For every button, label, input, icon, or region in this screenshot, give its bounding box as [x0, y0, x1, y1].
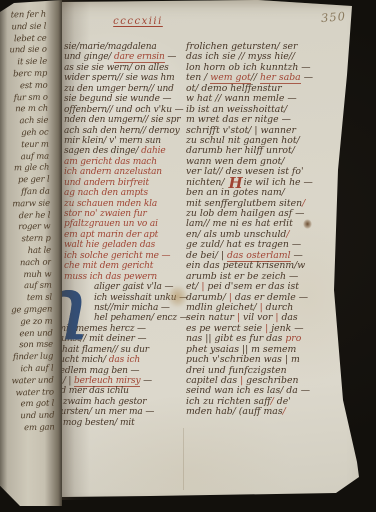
text-segment: est mo: [20, 80, 48, 92]
margin-text-fragment: m gle ch: [0, 163, 49, 175]
text-segment: aliger gaist v'la —: [94, 282, 173, 292]
text-segment: zu schul nit gangen hot/: [186, 135, 300, 146]
text-segment: ot/ demo helffenstur: [186, 83, 282, 94]
text-segment: dahie: [141, 146, 165, 156]
margin-text-fragment: ge gmgen: [3, 305, 52, 317]
text-segment: pe ger l: [18, 175, 50, 187]
text-segment: ne m ch: [15, 104, 48, 116]
margin-text-fragment: muh w: [2, 269, 51, 281]
chapter-heading: ccccxiii: [88, 16, 188, 27]
text-segment: jenk —: [268, 323, 303, 334]
text-segment: nichten/: [186, 177, 227, 188]
margin-text-fragment: son mse: [4, 340, 53, 352]
text-segment: sein natur: [186, 312, 237, 323]
margin-text-fragment: finder lug: [4, 352, 53, 364]
parchment-stain: [167, 285, 188, 308]
text-segment: ben an in gotes nam/: [186, 187, 285, 198]
previous-page-text-fragments: ten fer hund sie llebet ceund sie oit si…: [0, 0, 67, 507]
text-segment: berc mp: [13, 69, 47, 81]
text-segment: ich zu richten saff: [186, 396, 271, 407]
margin-text-fragment: hat le: [2, 246, 51, 258]
text-segment: water tro: [15, 387, 54, 399]
margin-text-fragment: der he l: [1, 210, 50, 222]
text-segment: frolichen getursten/ ser: [186, 41, 298, 52]
text-segment: en/ als umb unschuld: [186, 229, 286, 240]
text-segment: ich auf l: [20, 364, 53, 376]
text-segment: und und: [20, 411, 54, 423]
text-segment: em gan: [24, 423, 55, 435]
margin-text-fragment: water tro: [5, 387, 54, 399]
text-segment: ach sie: [19, 116, 48, 128]
text-segment: durch: [263, 302, 294, 313]
text-segment: hat le: [28, 246, 51, 257]
margin-text-fragment: stern p: [2, 234, 51, 246]
margin-text-fragment: fur sm o: [0, 92, 48, 104]
text-segment: arumb ist er be zeich —: [186, 271, 298, 282]
text-segment: wann wen dem gnot/: [186, 156, 284, 167]
text-segment: m wret das er nitge —: [186, 114, 291, 125]
text-segment: —: [165, 52, 177, 62]
margin-text-fragment: een und: [4, 328, 53, 340]
text-segment: muh w: [23, 269, 51, 281]
text-segment: geschriben: [243, 375, 298, 386]
margin-text-fragment: tem sl: [3, 293, 52, 305]
text-segment: es pe werct seie: [186, 323, 265, 334]
text-segment: mdlin gleichet/: [186, 302, 260, 313]
text-segment: —: [140, 376, 152, 386]
text-segment: pei d'sem er das ist: [204, 281, 299, 292]
text-segment: lebet ce: [14, 33, 47, 45]
text-segment: geh oc: [21, 128, 49, 140]
text-segment: /: [286, 229, 289, 240]
text-segment: lon horn ob ich kunntzh —: [186, 62, 311, 73]
text-segment: nach or: [20, 257, 51, 269]
text-segment: ib ist an weisshoittat/: [186, 104, 287, 115]
margin-text-fragment: teur m: [0, 139, 49, 151]
margin-text-fragment: ge zo m: [3, 316, 52, 328]
margin-text-fragment: em got l: [5, 399, 54, 411]
text-segment: der he l: [19, 210, 51, 222]
text-segment: lam// me ni es hat erlit: [186, 218, 293, 229]
text-segment: son mse: [19, 340, 53, 352]
text-segment: —: [291, 250, 303, 261]
text-segment: ver lat// des wesen ist fo': [186, 166, 304, 177]
text-segment: phet ysaias || m semem: [186, 344, 296, 355]
ink-spot: [303, 219, 312, 229]
text-segment: /: [302, 198, 305, 209]
text-column-right: frolichen getursten/ serdas ich sie // m…: [186, 42, 334, 418]
text-segment: ge zo m: [20, 316, 52, 328]
margin-text-fragment: auf ma: [0, 151, 49, 163]
margin-text-fragment: und sie o: [0, 45, 47, 57]
text-segment: drei und funfczigsten: [186, 365, 287, 376]
text-segment: zu lob dem hailgen asf —: [186, 208, 304, 219]
margin-text-fragment: pe ger l: [0, 175, 49, 187]
text-segment: tem sl: [27, 293, 52, 305]
text-segment: nst//mir micha —: [94, 303, 170, 313]
text-segment: ein das peteut krisenm/w: [186, 260, 305, 271]
margin-text-fragment: ich auf l: [4, 364, 53, 376]
margin-text-fragment: und sie l: [0, 21, 46, 33]
margin-text-fragment: berc mp: [0, 69, 47, 81]
text-segment: ten fer h: [11, 10, 46, 22]
text-segment: darumb/: [186, 292, 229, 303]
text-segment: ffan da: [21, 187, 50, 199]
text-segment: de bei/ |: [186, 250, 227, 261]
text-segment: em got l: [20, 399, 54, 411]
text-segment: das er demle —: [232, 292, 308, 303]
text-segment: auf sm: [24, 281, 52, 293]
text-segment: //: [251, 72, 260, 83]
text-segment: et/: [186, 281, 201, 292]
text-segment: ten /: [186, 72, 210, 83]
text-segment: stern p: [22, 234, 51, 246]
margin-text-fragment: ffan da: [1, 187, 50, 199]
text-segment: —: [301, 72, 313, 83]
text-segment: das ich: [109, 355, 140, 365]
text-segment: ie wil ich he —: [244, 177, 313, 188]
parchment-crease: [183, 428, 184, 490]
text-segment: schrifft v'stot/ | wanner: [186, 125, 296, 136]
text-segment: ge zuld/ hat es tragen —: [186, 239, 301, 250]
text-segment: das ich sie // myss hie//: [186, 51, 295, 62]
text-segment: roger w: [18, 222, 51, 234]
text-segment: capitel das: [186, 375, 240, 386]
text-segment: een und: [19, 328, 52, 340]
margin-text-fragment: auf sm: [3, 281, 52, 293]
text-segment: w hat // wann memle —: [186, 93, 297, 104]
manuscript-line: mden hab/ (auff mas/: [186, 407, 334, 417]
text-segment: seind wan ich es las/ da —: [186, 385, 310, 396]
manuscript-photo: ten fer hund sie llebet ceund sie oit si…: [0, 0, 376, 512]
text-segment: it sie le: [17, 57, 47, 69]
margin-text-fragment: und und: [5, 411, 54, 423]
margin-text-fragment: est mo: [0, 80, 48, 92]
text-segment: m gle ch: [14, 163, 50, 175]
margin-text-fragment: marw sie: [1, 198, 50, 210]
margin-text-fragment: water und: [5, 375, 54, 387]
margin-text-fragment: lebet ce: [0, 33, 47, 45]
text-segment: ge gmgen: [11, 305, 52, 317]
text-segment: und sie l: [11, 21, 46, 33]
margin-text-fragment: ach sie: [0, 116, 48, 128]
text-segment: /: [283, 406, 286, 417]
text-segment: teur m: [21, 139, 49, 151]
text-segment: und sie o: [9, 45, 46, 57]
text-segment: water und: [11, 375, 53, 387]
text-segment: auf ma: [21, 151, 50, 163]
margin-text-fragment: em gan: [6, 423, 55, 435]
text-segment: pro: [285, 333, 301, 344]
margin-text-fragment: it sie le: [0, 57, 47, 69]
text-segment: dare ernsin: [114, 52, 165, 63]
text-segment: das: [278, 312, 297, 323]
gutter-shadow: [62, 0, 90, 500]
text-segment: mit senfferglutbem siten: [186, 198, 302, 209]
margin-text-fragment: ten fer h: [0, 10, 46, 22]
text-segment: darumb her hilff unrot/: [186, 145, 295, 156]
text-segment: hel pehamen/ encz —: [94, 313, 189, 323]
text-segment: finder lug: [13, 352, 53, 364]
folio-number: 350: [320, 9, 346, 25]
text-segment: nas || gibt es fur das: [186, 333, 285, 344]
margin-text-fragment: roger w: [1, 222, 50, 234]
text-segment: puch v'schriben was | m: [186, 354, 300, 365]
text-segment: marw sie: [12, 198, 50, 210]
text-segment: de': [274, 396, 291, 407]
text-segment: vil vor: [240, 312, 275, 323]
previous-page-edge: ten fer hund sie llebet ceund sie oit si…: [0, 0, 62, 506]
margin-text-fragment: nach or: [2, 257, 51, 269]
text-segment: mden hab/ (auff mas: [186, 406, 283, 417]
margin-text-fragment: ne m ch: [0, 104, 48, 116]
margin-text-fragment: geh oc: [0, 128, 49, 140]
text-segment: fur sm o: [14, 92, 48, 104]
